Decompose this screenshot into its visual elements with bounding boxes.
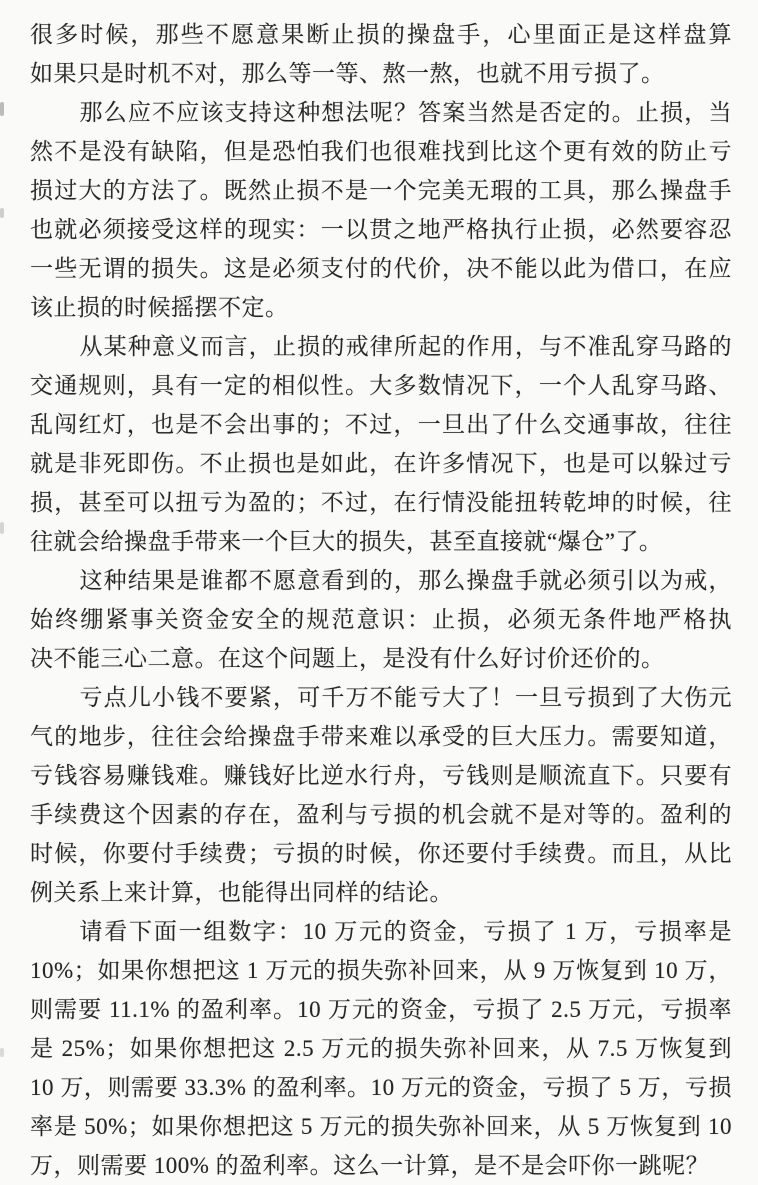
- text-line: 亏点儿小钱不要紧，可千万不能亏大了！一旦亏损到了大伤元: [30, 678, 732, 717]
- text-line: 损过大的方法了。既然止损不是一个完美无瑕的工具，那么操盘手: [30, 171, 732, 210]
- text-line: 如果只是时机不对，那么等一等、熬一熬，也就不用亏损了。: [30, 54, 732, 93]
- text-line: 决不能三心二意。在这个问题上，是没有什么好讨价还价的。: [30, 639, 732, 678]
- text-line: 气的地步，往往会给操盘手带来难以承受的巨大压力。需要知道，: [30, 717, 732, 756]
- scan-artifact: [0, 522, 4, 534]
- text-line: 则需要 11.1% 的盈利率。10 万元的资金，亏损了 2.5 万元，亏损率: [30, 990, 732, 1029]
- text-line: 交通规则，具有一定的相似性。大多数情况下，一个人乱穿马路、: [30, 366, 732, 405]
- text-line: 10%；如果你想把这 1 万元的损失弥补回来，从 9 万恢复到 10 万，: [30, 951, 732, 990]
- text-line: 就是非死即伤。不止损也是如此，在许多情况下，也是可以躲过亏: [30, 444, 732, 483]
- text-line: 然不是没有缺陷，但是恐怕我们也很难找到比这个更有效的防止亏: [30, 132, 732, 171]
- scan-artifact: [0, 102, 4, 116]
- text-line: 率是 50%；如果你想把这 5 万元的损失弥补回来，从 5 万恢复到 10: [30, 1107, 732, 1146]
- text-line: 那么应不应该支持这种想法呢？答案当然是否定的。止损，当: [30, 93, 732, 132]
- scan-artifact: [0, 208, 4, 218]
- book-page: 很多时候，那些不愿意果断止损的操盘手，心里面正是这样盘算的，如果只是时机不对，那…: [0, 0, 758, 1185]
- text-line: 损，甚至可以扭亏为盈的；不过，在行情没能扭转乾坤的时候，往: [30, 483, 732, 522]
- text-line: 往就会给操盘手带来一个巨大的损失，甚至直接就“爆仓”了。: [30, 522, 732, 561]
- scan-artifact: [0, 1048, 4, 1057]
- text-line: 始终绷紧事关资金安全的规范意识：止损，必须无条件地严格执行，: [30, 600, 732, 639]
- text-line: 亏钱容易赚钱难。赚钱好比逆水行舟，亏钱则是顺流直下。只要有: [30, 756, 732, 795]
- page-text: 很多时候，那些不愿意果断止损的操盘手，心里面正是这样盘算的，如果只是时机不对，那…: [30, 15, 732, 1185]
- text-line: 请看下面一组数字：10 万元的资金，亏损了 1 万，亏损率是: [30, 912, 732, 951]
- text-line: 手续费这个因素的存在，盈利与亏损的机会就不是对等的。盈利的: [30, 795, 732, 834]
- text-line: 该止损的时候摇摆不定。: [30, 288, 732, 327]
- text-line: 例关系上来计算，也能得出同样的结论。: [30, 873, 732, 912]
- text-line: 一些无谓的损失。这是必须支付的代价，决不能以此为借口，在应: [30, 249, 732, 288]
- text-line: 乱闯红灯，也是不会出事的；不过，一旦出了什么交通事故，往往: [30, 405, 732, 444]
- text-line: 这种结果是谁都不愿意看到的，那么操盘手就必须引以为戒，: [30, 561, 732, 600]
- text-line: 万，则需要 100% 的盈利率。这么一计算，是不是会吓你一跳呢？: [30, 1146, 732, 1185]
- text-line: 也就必须接受这样的现实：一以贯之地严格执行止损，必然要容忍: [30, 210, 732, 249]
- text-line: 是 25%；如果你想把这 2.5 万元的损失弥补回来，从 7.5 万恢复到: [30, 1029, 732, 1068]
- text-line: 很多时候，那些不愿意果断止损的操盘手，心里面正是这样盘算的，: [30, 15, 732, 54]
- text-line: 10 万，则需要 33.3% 的盈利率。10 万元的资金，亏损了 5 万，亏损: [30, 1068, 732, 1107]
- text-line: 从某种意义而言，止损的戒律所起的作用，与不准乱穿马路的: [30, 327, 732, 366]
- text-line: 时候，你要付手续费；亏损的时候，你还要付手续费。而且，从比: [30, 834, 732, 873]
